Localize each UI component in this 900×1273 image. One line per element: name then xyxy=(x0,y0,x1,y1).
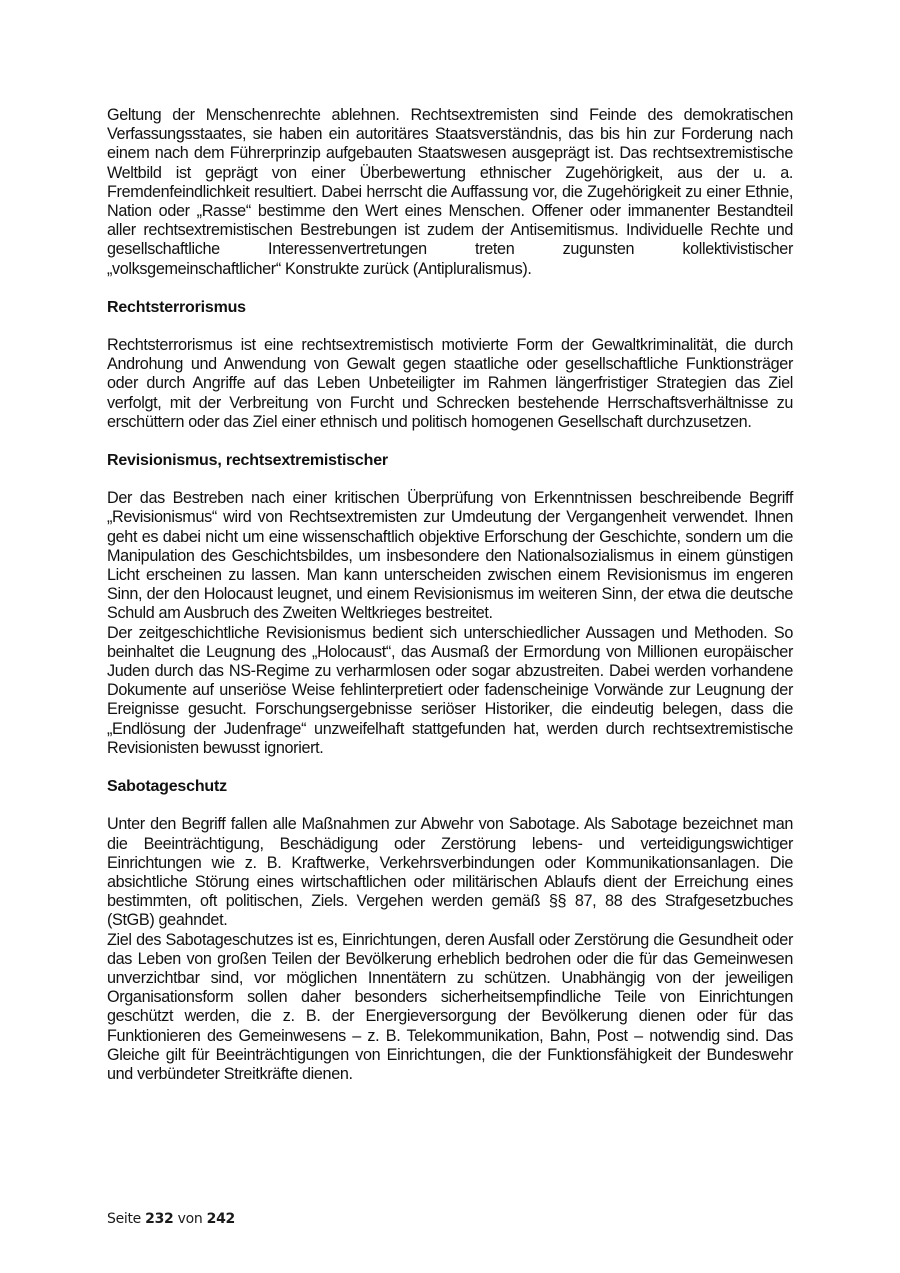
section-paragraph: Rechtsterrorismus ist eine rechtsextremi… xyxy=(107,336,793,432)
page-label: Seite xyxy=(107,1211,141,1227)
section-paragraph: Der das Bestreben nach einer kritischen … xyxy=(107,489,793,623)
section-heading: Sabotageschutz xyxy=(107,777,793,796)
section-revisionismus: Revisionismus, rechtsextremistischer Der… xyxy=(107,451,793,758)
section-sabotageschutz: Sabotageschutz Unter den Begriff fallen … xyxy=(107,777,793,1084)
document-page: Geltung der Menschenrechte ablehnen. Rec… xyxy=(107,106,793,1084)
intro-paragraph: Geltung der Menschenrechte ablehnen. Rec… xyxy=(107,106,793,279)
section-paragraph: Der zeitgeschichtliche Revisionismus bed… xyxy=(107,624,793,758)
section-heading: Rechtsterrorismus xyxy=(107,298,793,317)
total-pages-number: 242 xyxy=(207,1211,235,1227)
page-footer: Seite 232 von 242 xyxy=(107,1211,235,1227)
section-rechtsterrorismus: Rechtsterrorismus Rechtsterrorismus ist … xyxy=(107,298,793,432)
current-page-number: 232 xyxy=(145,1211,173,1227)
section-paragraph: Unter den Begriff fallen alle Maßnahmen … xyxy=(107,815,793,930)
section-heading: Revisionismus, rechtsextremistischer xyxy=(107,451,793,470)
section-paragraph: Ziel des Sabotageschutzes ist es, Einric… xyxy=(107,931,793,1085)
page-separator: von xyxy=(178,1211,203,1227)
